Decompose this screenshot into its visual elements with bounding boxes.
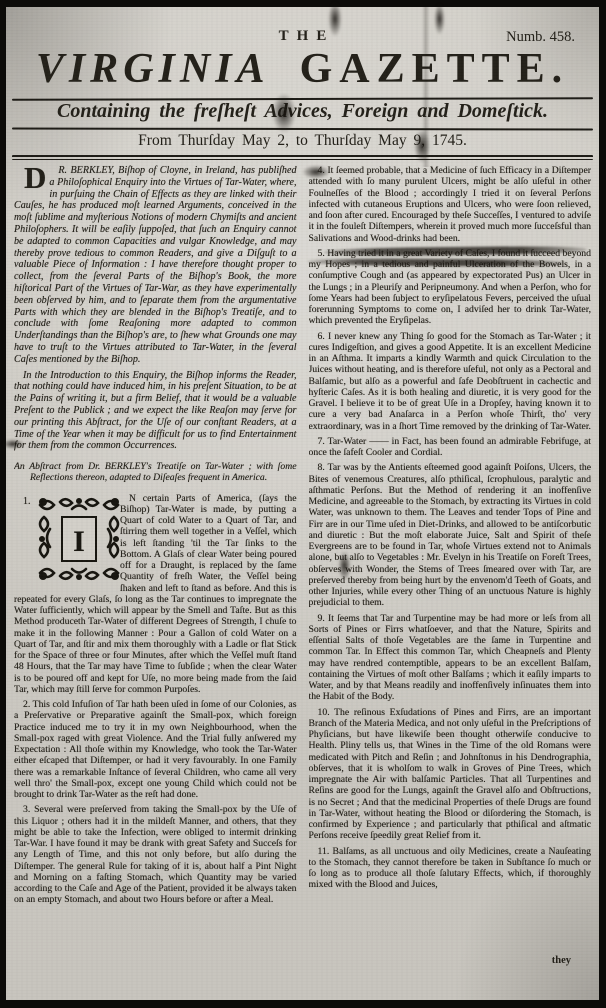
woodcut-ornament-graphic: I	[36, 495, 122, 583]
masthead-rule-middle	[12, 127, 593, 130]
item-number: 1.	[14, 493, 27, 507]
paragraph-text: R. BERKLEY, Biſhop of Cloyne, in Ireland…	[14, 165, 297, 365]
article-item-7: 7. Tar-Water —— in Fact, has been found …	[309, 436, 592, 459]
article-item-8: 8. Tar was by the Antients eſteemed good…	[309, 462, 592, 608]
drop-cap-letter: D	[14, 165, 49, 189]
article-item-6: 6. I never knew any Thing ſo good for th…	[309, 331, 592, 432]
ornament-initial-letter: I	[73, 525, 85, 558]
article-item-9: 9. It ſeems that Tar and Turpentine may …	[309, 613, 592, 703]
article-item-4: 4. It ſeemed probable, that a Medicine o…	[309, 165, 592, 244]
article-item-5: 5. Having tried it in a great Variety of…	[309, 248, 592, 327]
article-item-2: 2. This cold Infuſion of Tar hath been u…	[14, 699, 297, 800]
article-body: DR. BERKLEY, Biſhop of Cloyne, in Irelan…	[14, 165, 591, 992]
intro-paragraph-2: In the Introduction to this Enquiry, the…	[14, 370, 297, 453]
date-line: From Thurſday May 2, to Thurſday May 9, …	[6, 132, 599, 150]
issue-number: Numb. 458.	[506, 29, 575, 46]
masthead-rule-bottom	[12, 155, 593, 160]
paper-title-virginia: VIRGINIA	[36, 45, 270, 93]
catchword: they	[552, 955, 571, 966]
woodcut-initial-ornament: I	[27, 495, 113, 583]
article-item-10: 10. The reſinous Exſudations of Pines an…	[309, 707, 592, 842]
paper-subtitle: Containing the freſheſt Advices, Foreign…	[6, 100, 599, 123]
paper-title: VIRGINIA GAZETTE.	[6, 45, 599, 93]
article-item-3: 3. Several were preſerved from taking th…	[14, 804, 297, 905]
right-column: 4. It ſeemed probable, that a Medicine o…	[309, 165, 592, 992]
intro-paragraph-1: DR. BERKLEY, Biſhop of Cloyne, in Irelan…	[14, 165, 297, 366]
paper-title-gazette: GAZETTE.	[300, 45, 570, 93]
newspaper-scan: THE Numb. 458. VIRGINIA GAZETTE. Contain…	[0, 0, 606, 1008]
article-item-1: 1.	[14, 493, 297, 696]
article-item-11: 11. Balſams, as all unctuous and oily Me…	[309, 846, 592, 891]
left-column: DR. BERKLEY, Biſhop of Cloyne, in Irelan…	[14, 165, 297, 992]
abstract-heading: An Abſtract from Dr. BERKLEY's Treatiſe …	[14, 461, 297, 484]
newspaper-page: THE Numb. 458. VIRGINIA GAZETTE. Contain…	[6, 7, 599, 1000]
